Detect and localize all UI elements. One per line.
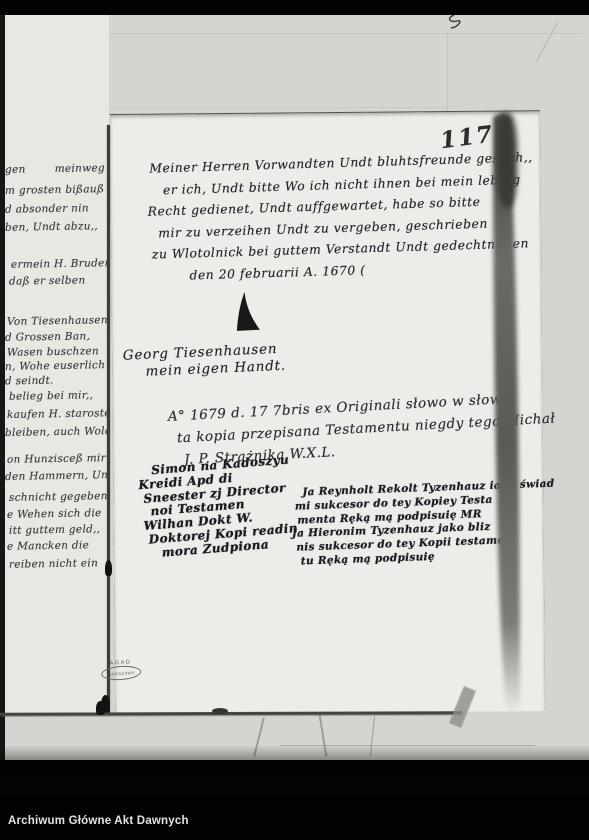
stamp-oval: WARSZAWA xyxy=(101,665,142,682)
facing-page-line: schnicht gegeben xyxy=(9,490,108,504)
sheet-bottom-edge xyxy=(0,711,462,715)
ghost-rule-vertical-right xyxy=(447,33,448,117)
pen-squiggle-top-right xyxy=(440,15,470,33)
facing-page-line: on Hunzisceß mir xyxy=(7,452,106,466)
facing-page-line: belieg bei mir,, xyxy=(9,389,93,402)
facing-page-line: Von Tiesenhausen xyxy=(7,314,108,328)
photo-frame-top xyxy=(0,0,589,15)
facing-page-line: m grosten bißauß xyxy=(5,183,104,197)
ghost-rule-horizontal-mid xyxy=(55,107,450,108)
facing-page-line: ermein H. Bruder xyxy=(11,257,109,271)
scan-area: gen meinweg m grosten bißauß d absonder … xyxy=(0,15,589,760)
facing-page-line: reiben nicht ein xyxy=(9,557,98,571)
ink-blot-triangle xyxy=(232,290,266,336)
facing-page-line: e Mancken die xyxy=(7,539,89,552)
ink-blob-bottom-edge xyxy=(96,701,105,715)
witness-signatures-left: Simon na Kadoszyu Kreidi Apd di Sneester… xyxy=(137,453,300,561)
facing-page-line: e Wehen sich die xyxy=(7,507,102,521)
facing-page-line: ben, Undt abzu,, xyxy=(5,220,98,234)
facing-page-line: itt guttem geld,, xyxy=(9,523,101,537)
signature-block: Georg Tiesenhausen mein eigen Handt. xyxy=(122,341,286,382)
archive-stamp: AGAD WARSZAWA xyxy=(98,658,143,681)
archive-caption: Archiwum Główne Akt Dawnych xyxy=(8,815,189,827)
page-edge-stain-dark-top xyxy=(497,113,517,208)
facing-page-line: d absonder nin xyxy=(5,202,89,215)
photo-bottom-fade xyxy=(0,745,589,800)
facing-page-line: d Grossen Ban, xyxy=(5,330,90,343)
stamp-oval-text: WARSZAWA xyxy=(108,670,135,677)
facing-page-line: daß er selben xyxy=(9,274,86,287)
ink-blob-gutter xyxy=(105,560,112,576)
main-text-block: Meiner Herren Vorwandten Undt bluhtsfreu… xyxy=(146,147,535,287)
document-page: 117 Meiner Herren Vorwandten Undt bluhts… xyxy=(110,111,545,715)
speck-bottom-edge xyxy=(212,708,228,714)
page-gutter-line xyxy=(107,125,110,715)
facing-page-strip: gen meinweg m grosten bißauß d absonder … xyxy=(5,15,109,714)
caption-bar: Archiwum Główne Akt Dawnych xyxy=(0,795,589,840)
facing-page-line: n, Wohe euserlich xyxy=(5,359,105,373)
facing-page-line: kaufen H. starosten xyxy=(7,407,109,421)
facing-page-line: den Hammern, Und xyxy=(5,469,109,483)
facing-page-line: Wasen buschzen xyxy=(7,345,99,359)
facing-page-line: gen meinweg xyxy=(5,162,105,176)
facing-page-line: d seindt. xyxy=(5,375,54,388)
archival-scan-photo: gen meinweg m grosten bißauß d absonder … xyxy=(0,0,589,840)
fold-crease-top-right xyxy=(536,22,558,62)
facing-page-line: bleiben, auch Wolch xyxy=(5,425,109,439)
